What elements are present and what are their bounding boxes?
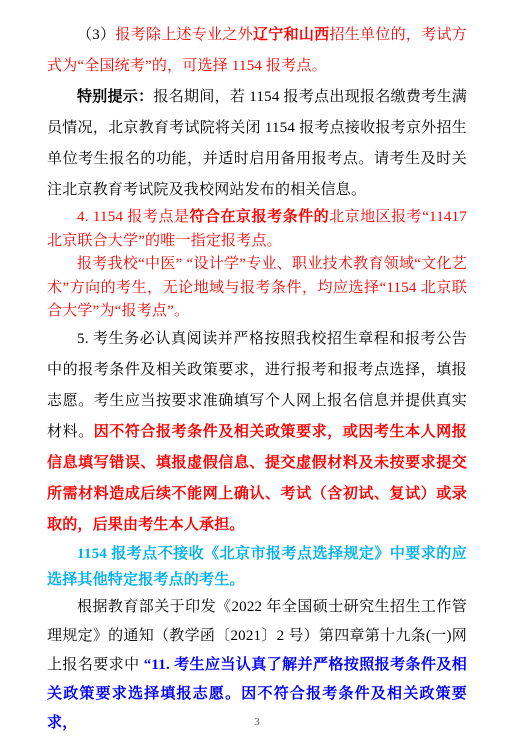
- document-page: （3）报考除上述专业之外辽宁和山西招生单位的，考试方式为“全国统考”的，可选择 …: [0, 0, 514, 754]
- text-run: 报考除上述专业之外: [115, 27, 253, 43]
- text-run: 报名期间，若 1154 报考点出现报名缴费考生满员情况，北京教育考试院将关闭 1…: [47, 89, 467, 198]
- text-run: 报考我校“中医” “设计学”专业、职业技术教育领域“文化艺术”方向的考生，无论地…: [47, 256, 467, 319]
- text-run: 1154 报考点不接收《北京市报考点选择规定》中要求的应选择其他特定报考点的考生…: [47, 546, 467, 588]
- paragraph-site-not-accepting: 1154 报考点不接收《北京市报考点选择规定》中要求的应选择其他特定报考点的考生…: [47, 541, 467, 593]
- paragraph-special-notice: 特别提示：报名期间，若 1154 报考点出现报名缴费考生满员情况，北京教育考试院…: [47, 82, 467, 206]
- paragraph-tcm-design-majors: 报考我校“中医” “设计学”专业、职业技术教育领域“文化艺术”方向的考生，无论地…: [47, 253, 467, 324]
- text-run: 因不符合报考条件及相关政策要求，或因考生本人网报信息填写错误、填报虚假信息、提交…: [47, 424, 467, 533]
- paragraph-point-4-designated-site: 4. 1154 报考点是符合在京报考条件的北京地区报考“11417 北京联合大学…: [47, 206, 467, 253]
- paragraph-point-5-responsibility: 5. 考生务必认真阅读并严格按照我校招生章程和报考公告中的报考条件及相关政策要求…: [47, 324, 467, 541]
- text-run: 符合在京报考条件的: [189, 209, 329, 225]
- text-run: 辽宁和山西: [253, 27, 329, 43]
- text-run: （3）: [77, 27, 115, 43]
- page-number: 3: [0, 716, 514, 728]
- paragraph-item-3-exam-method: （3）报考除上述专业之外辽宁和山西招生单位的，考试方式为“全国统考”的，可选择 …: [47, 20, 467, 82]
- text-run: 4. 1154 报考点是: [77, 209, 189, 225]
- page-content: （3）报考除上述专业之外辽宁和山西招生单位的，考试方式为“全国统考”的，可选择 …: [0, 0, 514, 738]
- text-run: 特别提示：: [77, 89, 153, 105]
